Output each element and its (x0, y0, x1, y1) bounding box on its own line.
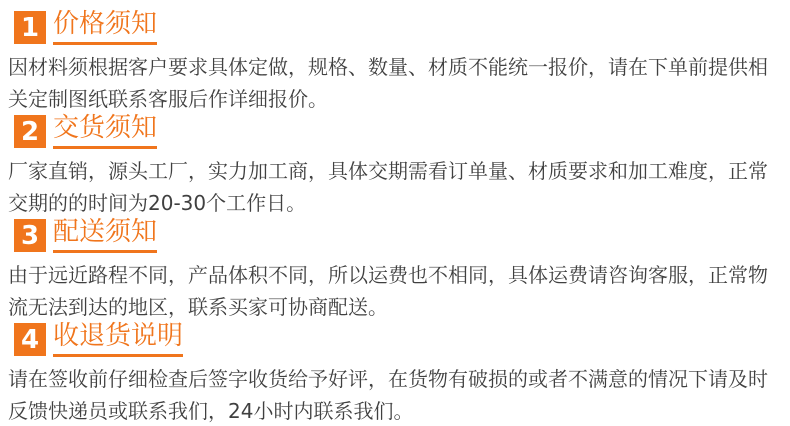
section-title: 收退货说明 (53, 323, 183, 357)
section-title: 价格须知 (53, 11, 157, 45)
notice-section-returns-header: 4 收退货说明 (14, 323, 782, 357)
notice-section-price: 1 价格须知 因材料须根据客户要求具体定做，规格、数量、材质不能统一报价，请在下… (8, 11, 782, 115)
section-text-line: 交期的的时间为20-30个工作日。 (8, 187, 782, 219)
section-body: 因材料须根据客户要求具体定做，规格、数量、材质不能统一报价，请在下单前提供相 关… (8, 51, 782, 115)
section-text-line: 厂家直销，源头工厂，实力加工商，具体交期需看订单量、材质要求和加工难度，正常 (8, 155, 782, 187)
section-number-badge: 2 (14, 115, 46, 148)
notice-section-price-header: 1 价格须知 (14, 11, 782, 45)
section-text-line: 流无法到达的地区，联系买家可协商配送。 (8, 291, 782, 323)
notice-section-returns: 4 收退货说明 请在签收前仔细检查后签字收货给予好评，在货物有破损的或者不满意的… (8, 323, 782, 426)
notice-section-delivery-header: 2 交货须知 (14, 115, 782, 149)
section-text-line: 关定制图纸联系客服后作详细报价。 (8, 83, 782, 115)
section-number-badge: 3 (14, 219, 46, 252)
notice-section-delivery: 2 交货须知 厂家直销，源头工厂，实力加工商，具体交期需看订单量、材质要求和加工… (8, 115, 782, 219)
section-title: 交货须知 (53, 115, 157, 149)
section-number-badge: 1 (14, 11, 46, 44)
section-body: 请在签收前仔细检查后签字收货给予好评，在货物有破损的或者不满意的情况下请及时 反… (8, 363, 782, 426)
section-text-line: 反馈快递员或联系我们，24小时内联系我们。 (8, 395, 782, 426)
section-text-line: 由于远近路程不同，产品体积不同，所以运费也不相同，具体运费请咨询客服，正常物 (8, 259, 782, 291)
section-body: 由于远近路程不同，产品体积不同，所以运费也不相同，具体运费请咨询客服，正常物 流… (8, 259, 782, 323)
section-number-badge: 4 (14, 323, 46, 356)
section-text-line: 请在签收前仔细检查后签字收货给予好评，在货物有破损的或者不满意的情况下请及时 (8, 363, 782, 395)
section-body: 厂家直销，源头工厂，实力加工商，具体交期需看订单量、材质要求和加工难度，正常 交… (8, 155, 782, 219)
section-title: 配送须知 (53, 219, 157, 253)
notice-section-shipping-header: 3 配送须知 (14, 219, 782, 253)
section-text-line: 因材料须根据客户要求具体定做，规格、数量、材质不能统一报价，请在下单前提供相 (8, 51, 782, 83)
notice-section-shipping: 3 配送须知 由于远近路程不同，产品体积不同，所以运费也不相同，具体运费请咨询客… (8, 219, 782, 323)
